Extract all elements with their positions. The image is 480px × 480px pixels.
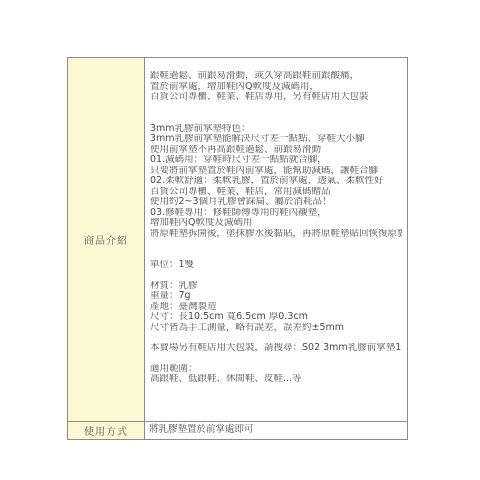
description-paragraph: 材質：乳膠重量：7g產地：臺灣製造尺寸：長10.5cm 寬6.5cm 厚0.3c… <box>150 281 402 334</box>
description-line: 02.柔軟舒適：柔軟乳膠，置於前掌處，透氣、柔軟性好 <box>150 176 402 187</box>
description-line: 置於前掌處，增加鞋內Q軟度及減碼用， <box>150 82 402 93</box>
description-line: 增加鞋內Q軟度及減碼用 <box>150 218 402 229</box>
table-row: 商品介紹 跟鞋過鬆、前跟易滑動，或久穿高跟鞋前跟酸痛，置於前掌處，增加鞋內Q軟度… <box>68 58 408 422</box>
description-line: 跟鞋過鬆、前跟易滑動，或久穿高跟鞋前跟酸痛， <box>150 71 402 82</box>
usage-method-label: 使用方式 <box>68 422 145 440</box>
description-line: 將原鞋墊拆開後，塗抹膠水後黏貼，再將原鞋墊貼回恢復原貌 <box>150 229 402 240</box>
usage-method-text: 將乳膠墊置於前掌處即可 <box>145 422 408 440</box>
description-line: 尺寸：長10.5cm 寬6.5cm 厚0.3cm <box>150 312 402 323</box>
description-paragraph: 本賣場另有鞋店用大包裝，請搜尋：S02 3mm乳膠前掌墊100雙 <box>150 343 402 354</box>
description-paragraph: 3mm乳膠前掌墊特色：3mm乳膠前掌墊能解決尺寸差一點點、穿鞋大小腳使用前掌墊不… <box>150 124 402 240</box>
description-line: 使用前掌墊不再高跟鞋過鬆、前跟易滑動 <box>150 145 402 156</box>
description-line: 使用約2~3個月乳膠會踩扁、屬於消耗品！ <box>150 197 402 208</box>
product-spec-table: 商品介紹 跟鞋過鬆、前跟易滑動，或久穿高跟鞋前跟酸痛，置於前掌處，增加鞋內Q軟度… <box>67 57 408 440</box>
description-paragraph: 適用範圍：高跟鞋、低跟鞋、休閒鞋、皮鞋...等 <box>150 364 402 385</box>
description-line: 高跟鞋、低跟鞋、休閒鞋、皮鞋...等 <box>150 374 402 385</box>
product-intro-cell: 跟鞋過鬆、前跟易滑動，或久穿高跟鞋前跟酸痛，置於前掌處，增加鞋內Q軟度及減碼用，… <box>145 58 408 422</box>
description-line: 百貨公司專櫃、鞋業、鞋店，常用減碼贈品 <box>150 187 402 198</box>
description-line: 03.修鞋專用：修鞋師傅專用的鞋內襯墊， <box>150 208 402 219</box>
description-line: 只要將前掌墊置於鞋內前掌處，能幫助減碼，讓鞋合腳 <box>150 166 402 177</box>
description-line: 01.減碼用：穿鞋時尺寸差一點點就合腳， <box>150 155 402 166</box>
product-intro-label: 商品介紹 <box>68 58 145 422</box>
description-line: 百貨公司專櫃、鞋業、鞋店專用，另有鞋店用大包裝 <box>150 92 402 103</box>
description-line: 適用範圍： <box>150 364 402 375</box>
description-line: 單位：1雙 <box>150 260 402 271</box>
description-paragraph: 單位：1雙 <box>150 260 402 271</box>
description-line: 產地：臺灣製造 <box>150 302 402 313</box>
description-line: 尺寸皆為手工測量，略有誤差，誤差約±5mm <box>150 323 402 334</box>
product-description: 跟鞋過鬆、前跟易滑動，或久穿高跟鞋前跟酸痛，置於前掌處，增加鞋內Q軟度及減碼用，… <box>150 71 402 385</box>
description-line: 3mm乳膠前掌墊特色： <box>150 124 402 135</box>
description-line: 3mm乳膠前掌墊能解決尺寸差一點點、穿鞋大小腳 <box>150 134 402 145</box>
description-paragraph: 跟鞋過鬆、前跟易滑動，或久穿高跟鞋前跟酸痛，置於前掌處，增加鞋內Q軟度及減碼用，… <box>150 71 402 103</box>
table-row: 使用方式 將乳膠墊置於前掌處即可 <box>68 422 408 440</box>
description-line: 重量：7g <box>150 291 402 302</box>
description-line: 本賣場另有鞋店用大包裝，請搜尋：S02 3mm乳膠前掌墊100雙 <box>150 343 402 354</box>
description-line: 材質：乳膠 <box>150 281 402 292</box>
